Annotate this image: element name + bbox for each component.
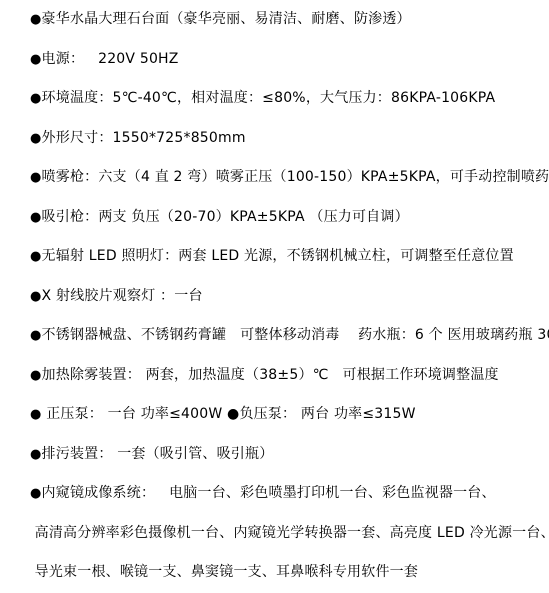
bullet-icon: ● [30,486,42,501]
spec-document: ●豪华水晶大理石台面（豪华亮丽、易清洁、耐磨、防渗透） ●电源： 220V 50… [0,0,549,593]
spec-line-endoscope-system-cont-1: 高清高分辨率彩色摄像机一台、内窥镜光学转换器一套、高亮度 LED 冷光源一台、 [30,514,549,554]
spec-line-led-lamps: ●无辐射 LED 照明灯：两套 LED 光源，不锈钢机械立柱，可调整至任意位置 [30,237,549,277]
bullet-icon: ● [30,368,42,383]
spec-text: 导光束一根、喉镜一支、鼻窦镜一支、耳鼻喉科专用软件一套 [30,564,418,580]
spec-line-xray-film-viewer: ●X 射线胶片观察灯 ：一台 [30,277,549,317]
bullet-icon: ● [30,447,42,462]
spec-text: 喷雾枪：六支（4 直 2 弯）喷雾正压（100-150）KPA±5KPA，可手动… [42,169,549,185]
spec-line-suction-guns: ●吸引枪：两支 负压（20-70）KPA±5KPA （压力可自调） [30,198,549,238]
spec-text: X 射线胶片观察灯 ：一台 [42,288,203,304]
spec-line-marble-countertop: ●豪华水晶大理石台面（豪华亮丽、易清洁、耐磨、防渗透） [30,0,549,40]
bullet-icon: ● [30,210,42,225]
bullet-icon: ● [30,131,42,146]
spec-text: 加热除雾装置： 两套，加热温度（38±5）℃ 可根据工作环境调整温度 [42,367,499,383]
bullet-icon: ● [30,289,42,304]
spec-text: 无辐射 LED 照明灯：两套 LED 光源，不锈钢机械立柱，可调整至任意位置 [42,248,514,264]
spec-line-endoscope-system: ●内窥镜成像系统： 电脑一台、彩色喷墨打印机一台、彩色监视器一台、 [30,474,549,514]
spec-line-environment: ●环境温度：5℃-40℃，相对温度：≤80%，大气压力：86KPA-106KPA [30,79,549,119]
bullet-icon: ● [30,52,42,67]
bullet-icon: ● [30,249,42,264]
spec-line-power-supply: ●电源： 220V 50HZ [30,40,549,80]
bullet-icon: ● [30,407,42,422]
bullet-icon: ● [30,170,42,185]
spec-text: 不锈钢器械盘、不锈钢药膏罐 可整体移动消毒 药水瓶：6 个 医用玻璃药瓶 30c… [42,327,549,343]
spec-text: 环境温度：5℃-40℃，相对温度：≤80%，大气压力：86KPA-106KPA [42,90,496,106]
spec-text: 排污装置： 一套（吸引管、吸引瓶） [42,446,274,462]
spec-line-spray-guns: ●喷雾枪：六支（4 直 2 弯）喷雾正压（100-150）KPA±5KPA，可手… [30,158,549,198]
spec-line-defogging-heater: ●加热除雾装置： 两套，加热温度（38±5）℃ 可根据工作环境调整温度 [30,356,549,396]
spec-line-endoscope-system-cont-2: 导光束一根、喉镜一支、鼻窦镜一支、耳鼻喉科专用软件一套 [30,553,549,593]
spec-text: 正压泵： 一台 功率≤400W ●负压泵： 两台 功率≤315W [42,406,416,422]
spec-line-trays-and-bottles: ●不锈钢器械盘、不锈钢药膏罐 可整体移动消毒 药水瓶：6 个 医用玻璃药瓶 30… [30,316,549,356]
spec-line-drainage: ●排污装置： 一套（吸引管、吸引瓶） [30,435,549,475]
bullet-icon: ● [30,91,42,106]
spec-text: 吸引枪：两支 负压（20-70）KPA±5KPA （压力可自调） [42,209,409,225]
spec-line-pressure-pumps: ● 正压泵： 一台 功率≤400W ●负压泵： 两台 功率≤315W [30,395,549,435]
spec-text: 内窥镜成像系统： 电脑一台、彩色喷墨打印机一台、彩色监视器一台、 [42,485,496,501]
spec-line-dimensions: ●外形尺寸：1550*725*850mm [30,119,549,159]
spec-text: 电源： 220V 50HZ [42,51,179,67]
spec-text: 高清高分辨率彩色摄像机一台、内窥镜光学转换器一套、高亮度 LED 冷光源一台、 [30,525,549,541]
spec-text: 外形尺寸：1550*725*850mm [42,130,246,146]
spec-text: 豪华水晶大理石台面（豪华亮丽、易清洁、耐磨、防渗透） [42,11,411,27]
bullet-icon: ● [30,12,42,27]
bullet-icon: ● [30,328,42,343]
